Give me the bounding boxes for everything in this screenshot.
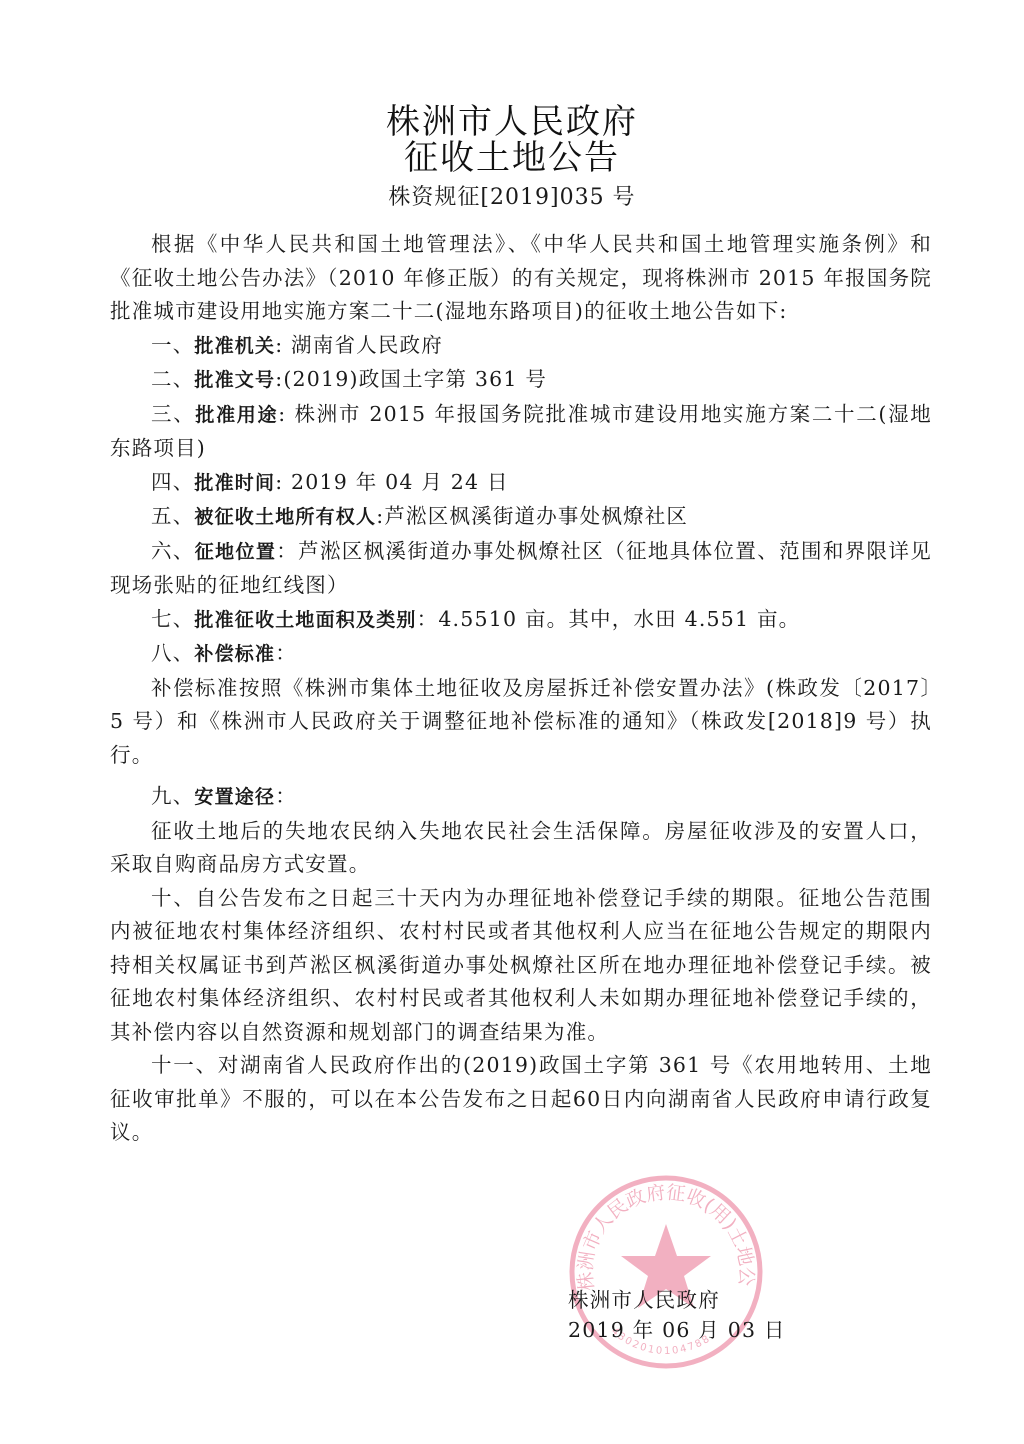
signature-issuer: 株洲市人民政府: [568, 1285, 786, 1315]
item-resettlement-heading: 九、安置途径：: [110, 780, 932, 815]
svg-text:株洲市人民政府征收(用)土地公告专用章: 株洲市人民政府征收(用)土地公告专用章: [566, 1172, 757, 1292]
resettlement-paragraph: 征收土地后的失地农民纳入失地农民社会生活保障。房屋征收涉及的安置人口，采取自购商…: [110, 815, 932, 882]
item-administrative-review: 十一、对湖南省人民政府作出的(2019)政国土字第 361 号《农用地转用、土地…: [110, 1049, 932, 1150]
item-registration-deadline: 十、自公告发布之日起三十天内为办理征地补偿登记手续的期限。征地公告范围内被征地农…: [110, 882, 932, 1050]
notice-page: 株洲市人民政府 征收土地公告 株资规征[2019]035 号 根据《中华人民共和…: [0, 0, 1024, 1444]
item-land-area: 七、批准征收土地面积及类别：4.5510 亩。其中，水田 4.551 亩。: [110, 603, 932, 638]
signature-block: 株洲市人民政府 2019 年 06 月 03 日: [568, 1285, 786, 1345]
item-approval-date: 四、批准时间: 2019 年 04 月 24 日: [110, 466, 932, 501]
item-compensation-heading: 八、补偿标准：: [110, 637, 932, 672]
item-land-location: 六、征地位置：芦淞区枫溪街道办事处枫燎社区（征地具体位置、范围和界限详见现场张贴…: [110, 535, 932, 603]
compensation-paragraph: 补偿标准按照《株洲市集体土地征收及房屋拆迁补偿安置办法》(株政发〔2017〕5 …: [110, 672, 932, 773]
signature-date: 2019 年 06 月 03 日: [568, 1315, 786, 1345]
notice-body: 根据《中华人民共和国土地管理法》、《中华人民共和国土地管理实施条例》和《征收土地…: [110, 228, 932, 1150]
document-number: 株资规征[2019]035 号: [0, 184, 1024, 212]
title-notice: 征收土地公告: [0, 140, 1024, 176]
title-issuer: 株洲市人民政府: [0, 104, 1024, 140]
item-land-owner: 五、被征收土地所有权人:芦淞区枫溪街道办事处枫燎社区: [110, 500, 932, 535]
item-approval-authority: 一、批准机关: 湖南省人民政府: [110, 329, 932, 364]
item-approval-purpose: 三、批准用途: 株洲市 2015 年报国务院批准城市建设用地实施方案二十二(湿地…: [110, 398, 932, 466]
item-approval-number: 二、批准文号:(2019)政国土字第 361 号: [110, 363, 932, 398]
intro-paragraph: 根据《中华人民共和国土地管理法》、《中华人民共和国土地管理实施条例》和《征收土地…: [110, 228, 932, 329]
